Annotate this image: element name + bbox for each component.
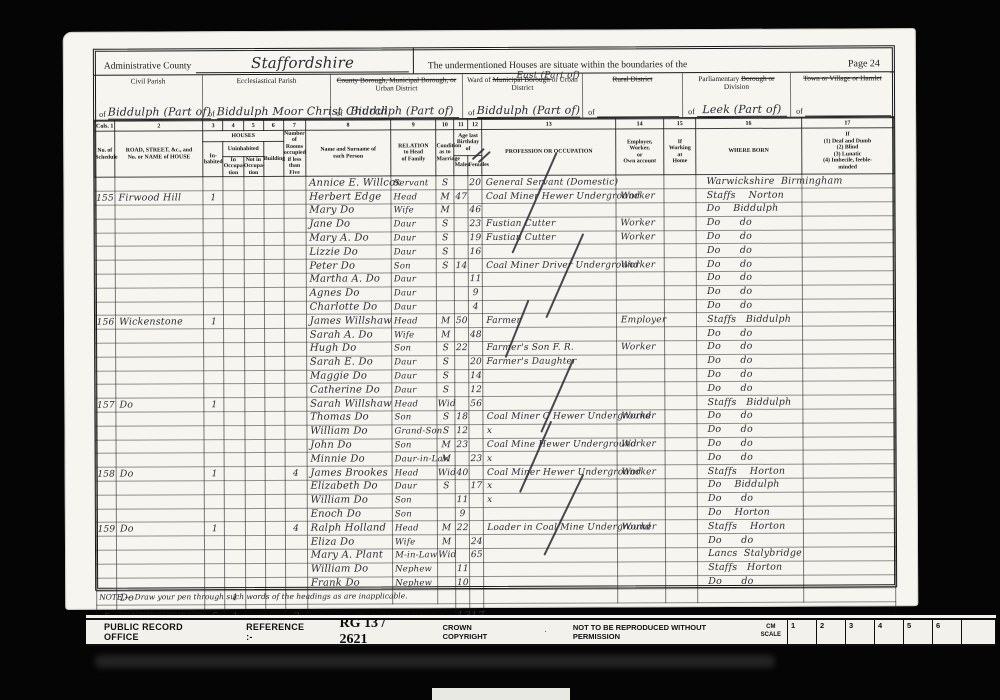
pro-strip-left: PUBLIC RECORD OFFICE REFERENCE :- RG 13 … xyxy=(86,620,755,644)
census-cell xyxy=(264,384,284,398)
uninhabited-group-header: Uninhabited xyxy=(223,141,263,156)
col-inhabited-header: In- habited xyxy=(203,142,223,177)
census-cell xyxy=(456,548,470,562)
census-cell xyxy=(264,260,284,274)
census-cell xyxy=(244,218,264,232)
census-cell xyxy=(803,533,896,547)
census-cell xyxy=(284,356,306,370)
census-cell xyxy=(617,575,665,589)
census-cell xyxy=(469,410,483,424)
census-cell xyxy=(204,370,224,384)
census-cell: Ralph Holland xyxy=(307,521,392,535)
census-cell: Staffs Horton xyxy=(697,464,802,478)
census-cell: S xyxy=(437,411,455,425)
census-cell xyxy=(117,577,205,591)
census-cell: Do do xyxy=(697,340,802,354)
census-cell: Coal Miner Driver Underground xyxy=(483,258,617,272)
census-cell xyxy=(204,301,224,315)
census-cell xyxy=(803,478,896,492)
census-cell: S xyxy=(436,245,454,259)
census-cell xyxy=(470,590,484,604)
section-value-line: ofBiddulph (Part of) xyxy=(334,101,459,119)
of-label: of xyxy=(97,110,108,120)
census-cell xyxy=(665,368,697,382)
census-cell xyxy=(245,494,265,508)
census-cell: Daur xyxy=(391,245,436,259)
section-title-part: Division xyxy=(724,82,749,91)
section-value: Biddulph (Part of) xyxy=(477,104,580,118)
census-cell: 10 xyxy=(456,576,470,590)
census-cell: Sarah A. Do xyxy=(306,328,391,342)
census-cell xyxy=(617,382,665,396)
census-cell: 1 xyxy=(205,522,225,536)
census-cell: Farmer xyxy=(483,313,617,327)
census-cell xyxy=(265,425,285,439)
census-cell xyxy=(665,327,697,341)
census-cell xyxy=(284,315,306,329)
census-cell xyxy=(96,371,116,385)
census-cell: Son xyxy=(392,493,437,507)
col-relation-header: RELATION to Head of Family xyxy=(391,130,436,177)
census-cell xyxy=(203,177,223,191)
census-cell xyxy=(483,244,617,258)
census-cell xyxy=(285,411,307,425)
census-cell: 1 xyxy=(203,191,223,205)
census-cell xyxy=(224,412,244,426)
census-cell xyxy=(484,548,618,562)
census-cell: Do xyxy=(116,467,204,481)
census-cell xyxy=(224,287,244,301)
census-cell: M xyxy=(437,328,455,342)
census-cell: Mary A. Plant xyxy=(307,549,392,563)
census-cell xyxy=(617,561,665,575)
census-cell: 40 xyxy=(455,466,469,480)
census-cell xyxy=(802,229,895,243)
census-cell xyxy=(802,422,895,436)
census-cell xyxy=(698,588,803,602)
section-title: Rural District xyxy=(586,75,679,84)
census-cell xyxy=(470,576,484,590)
census-cell: Firwood Hill xyxy=(115,191,203,205)
census-cell xyxy=(284,177,306,191)
census-cell xyxy=(284,384,306,398)
census-cell: Do do xyxy=(697,437,802,451)
census-cell xyxy=(264,356,284,370)
census-cell: 4 xyxy=(285,466,307,480)
census-cell: 20 xyxy=(468,176,482,190)
census-cell xyxy=(244,425,264,439)
census-cell xyxy=(205,577,225,591)
census-cell: Wid xyxy=(437,466,455,480)
census-cell: 1 xyxy=(205,467,225,481)
census-cell xyxy=(284,370,306,384)
census-cell xyxy=(204,287,224,301)
census-cell xyxy=(803,491,896,505)
col-number: 6 xyxy=(263,120,283,130)
census-cell xyxy=(438,562,456,576)
census-cell xyxy=(617,548,665,562)
census-cell xyxy=(116,384,204,398)
census-cell xyxy=(285,439,307,453)
census-cell xyxy=(95,260,115,274)
census-cell xyxy=(116,453,204,467)
cm-scale-box: 1 xyxy=(788,620,817,644)
census-cell xyxy=(469,438,483,452)
cm-scale-box-empty xyxy=(962,620,996,644)
col-number: 17 xyxy=(801,118,894,128)
census-cell xyxy=(666,561,698,575)
census-cell: Fustian Cutter xyxy=(482,217,616,231)
census-cell xyxy=(204,439,224,453)
col-number: 16 xyxy=(696,118,801,128)
census-cell xyxy=(437,286,455,300)
census-cell xyxy=(264,398,284,412)
col-number: 3 xyxy=(203,121,223,131)
census-cell xyxy=(225,536,245,550)
census-cell xyxy=(95,247,115,261)
census-cell xyxy=(115,232,203,246)
census-cell: Daur xyxy=(392,355,437,369)
census-cell: Farmer's Daughter xyxy=(483,355,617,369)
screenshot-root: { "header": { "admin_county_label": "Adm… xyxy=(0,0,1000,700)
census-cell: Coal Miner Hewer Underground xyxy=(483,465,617,479)
parish-section: Civil Parish ofBiddulph (Part of) xyxy=(94,75,202,119)
census-cell xyxy=(244,246,264,260)
form-frame: Administrative County Staffordshire The … xyxy=(93,45,897,590)
col-employer-header: Employer, Worker, or Own account xyxy=(616,129,664,176)
census-cell xyxy=(224,260,244,274)
census-cell xyxy=(245,536,265,550)
census-cell: 19 xyxy=(468,231,482,245)
census-cell: Daur xyxy=(392,480,437,494)
census-cell: M xyxy=(436,190,454,204)
section-title: Civil Parish xyxy=(97,77,199,86)
census-cell xyxy=(245,563,265,577)
census-cell: 48 xyxy=(469,328,483,342)
parish-section: Town or Village or Hamlet of xyxy=(790,72,894,116)
section-value: Biddulph (Part of) xyxy=(345,104,459,118)
section-title-part: Town or Village or Hamlet xyxy=(803,73,881,82)
census-cell: 12 xyxy=(469,383,483,397)
census-cell xyxy=(116,425,204,439)
of-label: of xyxy=(334,109,345,119)
cm-scale-box: 5 xyxy=(904,620,933,644)
census-cell xyxy=(285,480,307,494)
census-cell xyxy=(802,312,895,326)
census-cell xyxy=(243,177,263,191)
census-cell: Son xyxy=(392,411,437,425)
section-value-line: of xyxy=(794,99,891,116)
census-cell xyxy=(803,436,896,450)
census-cell: Agnes Do xyxy=(306,287,391,301)
census-cell xyxy=(284,218,306,232)
census-cell xyxy=(225,508,245,522)
census-cell xyxy=(204,412,224,426)
census-cell xyxy=(618,589,666,603)
census-cell xyxy=(617,479,665,493)
census-cell: Head xyxy=(392,521,437,535)
census-cell xyxy=(244,342,264,356)
census-cell xyxy=(455,328,469,342)
census-cell: 159 xyxy=(96,522,116,536)
census-cell xyxy=(455,369,469,383)
section-title-part: Rural District xyxy=(612,74,652,83)
census-cell xyxy=(244,411,264,425)
census-cell xyxy=(802,326,895,340)
section-title-part: Ward of xyxy=(467,75,492,84)
census-cell: x xyxy=(484,493,618,507)
census-cell xyxy=(664,258,696,272)
census-cell xyxy=(264,411,284,425)
section-value-line: ofBiddulph (Part of) xyxy=(466,101,579,118)
census-cell: Do do xyxy=(696,244,801,258)
census-cell xyxy=(469,259,483,273)
census-cell: Head xyxy=(392,314,437,328)
census-cell xyxy=(664,299,696,313)
census-cell xyxy=(454,231,468,245)
census-cell xyxy=(803,519,896,533)
census-cell: 1 xyxy=(204,315,224,329)
census-cell xyxy=(803,574,896,588)
census-cell xyxy=(264,370,284,384)
section-value-line: ofBiddulph Moor Christ Church xyxy=(206,102,327,120)
census-cell: S xyxy=(437,369,455,383)
pro-copyright: CROWN COPYRIGHT xyxy=(443,623,519,641)
census-cell xyxy=(244,260,264,274)
census-cell xyxy=(665,382,697,396)
census-cell xyxy=(224,329,244,343)
census-cell: Worker xyxy=(617,437,665,451)
census-cell xyxy=(223,205,243,219)
census-cell: Do do xyxy=(697,368,802,382)
census-cell: Wife xyxy=(392,328,437,342)
census-table: Cols. 1234567891011121314151617 No. of S… xyxy=(94,117,896,629)
census-cell xyxy=(469,314,483,328)
census-cell xyxy=(803,588,896,602)
census-cell xyxy=(224,398,244,412)
census-cell xyxy=(454,204,468,218)
section-title-part: Ecclesiastical Parish xyxy=(237,76,297,85)
census-cell xyxy=(204,453,224,467)
census-cell: William Do xyxy=(307,563,392,577)
census-cell xyxy=(96,495,116,509)
census-cell: 14 xyxy=(454,259,468,273)
col-number: 11 xyxy=(454,120,468,130)
census-cell xyxy=(224,315,244,329)
census-cell xyxy=(225,577,245,591)
cm-scale-label: CM SCALE xyxy=(755,620,788,644)
census-cell: 18 xyxy=(455,411,469,425)
census-cell: 1 xyxy=(204,398,224,412)
census-cell xyxy=(666,575,698,589)
census-cell xyxy=(469,424,483,438)
census-cell xyxy=(225,549,245,563)
census-cell xyxy=(245,467,265,481)
census-cell xyxy=(617,368,665,382)
census-cell: 17 xyxy=(469,479,483,493)
col-number: Cols. 1 xyxy=(95,121,115,131)
census-cell xyxy=(454,245,468,259)
census-cell xyxy=(244,232,264,246)
census-cell xyxy=(117,563,205,577)
census-cell: Catherine Do xyxy=(306,383,391,397)
col-number: 13 xyxy=(482,119,616,130)
of-label: of xyxy=(466,108,477,118)
census-cell: 158 xyxy=(96,467,116,481)
cm-scale-box: 3 xyxy=(846,620,875,644)
census-cell: x xyxy=(484,479,618,493)
census-cell: 14 xyxy=(469,369,483,383)
census-cell: Wickenstone xyxy=(116,315,204,329)
census-cell: Do do xyxy=(698,533,803,547)
census-cell xyxy=(203,218,223,232)
section-title-part: Urban District xyxy=(375,84,417,93)
census-cell: Charlotte Do xyxy=(306,300,391,314)
bottom-page-sliver xyxy=(432,688,570,700)
census-cell xyxy=(665,534,697,548)
census-cell xyxy=(803,505,896,519)
census-cell xyxy=(264,273,284,287)
census-cell: Hugh Do xyxy=(306,342,391,356)
census-cell: 65 xyxy=(470,548,484,562)
census-cell: 4 xyxy=(285,522,307,536)
census-cell: 23 xyxy=(468,217,482,231)
census-cell: 22 xyxy=(455,342,469,356)
census-cell xyxy=(224,232,244,246)
census-cell xyxy=(664,244,696,258)
census-cell: 24 xyxy=(470,535,484,549)
census-cell xyxy=(285,549,307,563)
cm-scale-box: 2 xyxy=(817,620,846,644)
census-cell: William Do xyxy=(307,425,392,439)
census-cell xyxy=(664,313,696,327)
census-cell xyxy=(454,217,468,231)
census-cell xyxy=(224,439,244,453)
cm-scale-boxes: 123456 xyxy=(788,620,996,644)
census-cell xyxy=(265,563,285,577)
census-cell: Do do xyxy=(697,381,802,395)
census-cell xyxy=(95,233,115,247)
census-cell xyxy=(265,508,285,522)
census-cell: William Do xyxy=(307,494,392,508)
census-cell xyxy=(117,536,205,550)
census-cell xyxy=(616,299,664,313)
header-row-administrative: Administrative County Staffordshire The … xyxy=(94,46,894,75)
census-cell: 46 xyxy=(468,204,482,218)
census-cell xyxy=(285,494,307,508)
census-cell: Do Biddulph xyxy=(697,478,802,492)
census-cell: Daur xyxy=(392,369,437,383)
census-cell: Herbert Edge xyxy=(306,190,391,204)
pro-reference-number: RG 13 / 2621 xyxy=(340,616,417,648)
census-cell xyxy=(265,453,285,467)
col-number: 8 xyxy=(305,120,390,130)
pro-dot: · xyxy=(544,627,547,636)
census-cell xyxy=(482,203,616,217)
census-cell xyxy=(284,204,306,218)
census-cell xyxy=(244,329,264,343)
of-label: of xyxy=(206,109,217,119)
census-cell xyxy=(116,481,204,495)
census-cell xyxy=(802,285,895,299)
census-cell xyxy=(664,189,696,203)
census-cell: Warwickshire Birmingham xyxy=(696,175,801,189)
census-cell xyxy=(468,190,482,204)
census-cell xyxy=(803,450,896,464)
census-cell: Thomas Do xyxy=(307,411,392,425)
census-cell xyxy=(224,218,244,232)
pro-permission: NOT TO BE REPRODUCED WITHOUT PERMISSION xyxy=(573,623,755,641)
census-cell xyxy=(96,412,116,426)
census-cell: Nephew xyxy=(393,576,438,590)
census-cell: Worker xyxy=(616,217,664,231)
census-cell xyxy=(116,439,204,453)
census-cell xyxy=(664,175,696,189)
census-cell: 22 xyxy=(456,521,470,535)
census-cell xyxy=(95,219,115,233)
census-cell xyxy=(116,343,204,357)
census-cell xyxy=(455,397,469,411)
census-cell xyxy=(95,302,115,316)
census-cell xyxy=(205,508,225,522)
admin-county-label: Administrative County xyxy=(104,61,191,73)
census-cell: Martha A. Do xyxy=(306,273,391,287)
census-cell xyxy=(802,409,895,423)
census-cell: Enoch Do xyxy=(307,507,392,521)
census-cell xyxy=(469,466,483,480)
census-cell xyxy=(116,329,204,343)
census-cell xyxy=(204,274,224,288)
census-cell: 11 xyxy=(456,562,470,576)
census-cell xyxy=(617,423,665,437)
col-number: 9 xyxy=(391,120,436,130)
census-cell xyxy=(484,562,618,576)
census-cell xyxy=(205,536,225,550)
census-cell: Head xyxy=(391,190,436,204)
census-cell xyxy=(244,370,264,384)
census-cell xyxy=(96,329,116,343)
admin-county-box: Administrative County Staffordshire xyxy=(94,47,414,74)
census-cell xyxy=(664,216,696,230)
census-cell xyxy=(96,384,116,398)
census-cell: Staffs Biddulph xyxy=(697,395,802,409)
census-cell xyxy=(225,522,245,536)
census-cell xyxy=(438,590,456,604)
col-name-header: Name and Surname of each Person xyxy=(305,130,391,177)
census-cell xyxy=(616,175,664,189)
col-athome-header: If Working at Home xyxy=(664,129,696,176)
census-cell xyxy=(483,286,617,300)
census-cell xyxy=(456,590,470,604)
census-cell xyxy=(666,589,698,603)
census-cell xyxy=(205,481,225,495)
census-cell xyxy=(438,576,456,590)
census-cell: Daur xyxy=(391,231,436,245)
census-cell xyxy=(223,191,243,205)
census-cell xyxy=(802,353,895,367)
census-cell xyxy=(244,315,264,329)
census-cell xyxy=(264,204,284,218)
section-title: Parliamentary Borough or Division xyxy=(686,75,787,92)
census-cell xyxy=(801,188,894,202)
census-cell xyxy=(95,288,115,302)
col-number: 12 xyxy=(468,120,482,130)
census-cell xyxy=(244,398,264,412)
census-cell xyxy=(95,178,115,192)
census-cell xyxy=(223,177,243,191)
census-cell: Do do xyxy=(696,257,801,271)
cm-scale-box: 4 xyxy=(875,620,904,644)
